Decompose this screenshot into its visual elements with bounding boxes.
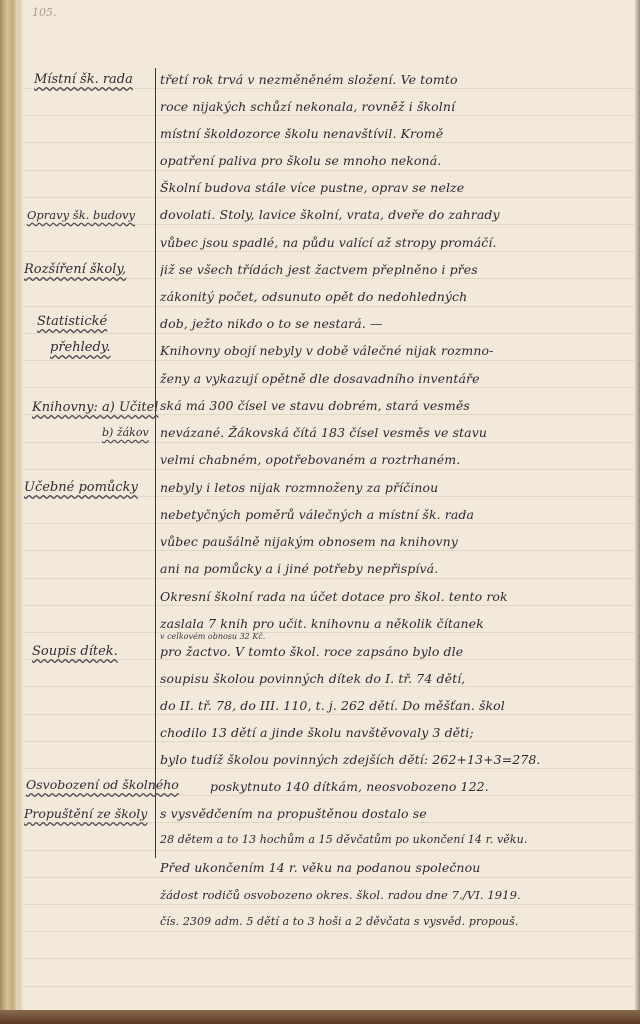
- text-line: nebyly i letos nijak rozmnoženy za příči…: [160, 480, 636, 495]
- ruled-line: [24, 822, 634, 823]
- text-line: poskytnuto 140 dítkám, neosvobozeno 122.: [210, 779, 636, 794]
- text-line: Před ukončením 14 r. věku na podanou spo…: [160, 860, 636, 875]
- ruled-line: [24, 795, 634, 796]
- text-line: dovolati. Stoly, lavice školní, vrata, d…: [160, 207, 636, 222]
- text-line: zaslala 7 knih pro učit. knihovnu a něko…: [160, 616, 636, 631]
- ruled-line: [24, 170, 634, 171]
- binding-shadow: [18, 0, 24, 1010]
- text-line: ženy a vykazují opětně dle dosavadního i…: [160, 371, 636, 386]
- text-line: třetí rok trvá v nezměněném složení. Ve …: [160, 72, 636, 87]
- book-bottom-edge: [0, 1010, 640, 1024]
- ruled-line: [24, 251, 634, 252]
- ruled-line: [24, 469, 634, 470]
- ruled-line: [24, 278, 634, 279]
- ruled-line: [24, 360, 634, 361]
- ruled-line: [24, 115, 634, 116]
- ruled-line: [24, 741, 634, 742]
- ruled-line: [24, 605, 634, 606]
- text-line: roce nijakých schůzí nekonala, rovněž i …: [160, 99, 636, 114]
- ruled-line: [24, 850, 634, 851]
- text-line: Knihovny obojí nebyly v době válečné nij…: [160, 343, 636, 358]
- book-binding: [0, 0, 18, 1010]
- ruled-line: [24, 197, 634, 198]
- ruled-line: [24, 523, 634, 524]
- text-line: vůbec jsou spadlé, na půdu valící až str…: [160, 235, 636, 250]
- margin-column-divider: [155, 68, 156, 858]
- ruled-line: [24, 768, 634, 769]
- ruled-line: [24, 306, 634, 307]
- ruled-line: [24, 550, 634, 551]
- margin-label: b) žákov: [102, 426, 149, 439]
- text-line: bylo tudíž školou povinných zdejších dět…: [160, 752, 636, 767]
- ruled-line: [24, 714, 634, 715]
- margin-label: Soupis dítek.: [32, 644, 118, 659]
- ruled-line: [24, 986, 634, 987]
- text-line: nevázané. Žákovská čítá 183 čísel vesměs…: [160, 425, 636, 440]
- text-line: čís. 2309 adm. 5 dětí a to 3 hoši a 2 dě…: [160, 915, 636, 928]
- ledger-page: 105. Místní šk. rada Opravy šk. budovy R…: [0, 0, 640, 1010]
- text-line: velmi chabném, opotřebovaném a roztrhané…: [160, 452, 636, 467]
- text-line: s vysvědčením na propuštěnou dostalo se: [160, 806, 636, 821]
- ruled-line: [24, 224, 634, 225]
- text-line: ani na pomůcky a i jiné potřeby nepřispí…: [160, 561, 636, 576]
- margin-label: Propuštění ze školy: [24, 806, 147, 821]
- text-line: do II. tř. 78, do III. 110, t. j. 262 dě…: [160, 698, 636, 713]
- text-line: dob, ježto nikdo o to se nestará. —: [160, 316, 636, 331]
- margin-label: Místní šk. rada: [34, 72, 133, 87]
- page-right-edge: [634, 0, 640, 1010]
- text-line: zákonitý počet, odsunuto opět do nedohle…: [160, 289, 636, 304]
- margin-label: Opravy šk. budovy: [27, 208, 135, 222]
- interlinear-annotation: v celkovém obnosu 32 Kč.: [160, 632, 265, 641]
- ruled-line: [24, 659, 634, 660]
- text-line: vůbec paušálně nijakým obnosem na knihov…: [160, 534, 636, 549]
- margin-label: Statistické: [37, 314, 107, 329]
- text-line: Školní budova stále více pustne, oprav s…: [160, 180, 636, 195]
- ruled-line: [24, 333, 634, 334]
- ruled-line: [24, 88, 634, 89]
- ruled-line: [24, 632, 634, 633]
- text-line: místní školdozorce školu nenavštívil. Kr…: [160, 126, 636, 141]
- ruled-line: [24, 958, 634, 959]
- margin-label: Osvobození od školného: [26, 777, 179, 792]
- text-line: chodilo 13 dětí a jinde školu navštěvova…: [160, 725, 636, 740]
- ruled-line: [24, 686, 634, 687]
- page-number: 105.: [32, 6, 57, 19]
- ruled-line: [24, 496, 634, 497]
- ruled-line: [24, 387, 634, 388]
- text-line: již se všech třídách jest žactvem přepln…: [160, 262, 636, 277]
- text-line: Okresní školní rada na účet dotace pro š…: [160, 589, 636, 604]
- text-line: nebetyčných poměrů válečných a místní šk…: [160, 507, 636, 522]
- ruled-line: [24, 904, 634, 905]
- text-line: 28 dětem a to 13 hochům a 15 děvčatům po…: [160, 833, 636, 846]
- text-line: soupisu školou povinných dítek do I. tř.…: [160, 671, 636, 686]
- margin-label: Učebné pomůcky: [24, 480, 138, 495]
- text-line: pro žactvo. V tomto škol. roce zapsáno b…: [160, 644, 636, 659]
- margin-label: přehledy.: [50, 340, 111, 355]
- text-line: opatření paliva pro školu se mnoho nekon…: [160, 153, 636, 168]
- margin-label: Knihovny: a) Učitel: [32, 400, 158, 415]
- ruled-line: [24, 931, 634, 932]
- text-line: ská má 300 čísel ve stavu dobrém, stará …: [160, 398, 636, 413]
- ruled-line: [24, 578, 634, 579]
- ruled-line: [24, 877, 634, 878]
- ruled-line: [24, 442, 634, 443]
- ruled-line: [24, 142, 634, 143]
- margin-label: Rozšíření školy,: [24, 262, 126, 277]
- text-line: žádost rodičů osvobozeno okres. škol. ra…: [160, 888, 636, 902]
